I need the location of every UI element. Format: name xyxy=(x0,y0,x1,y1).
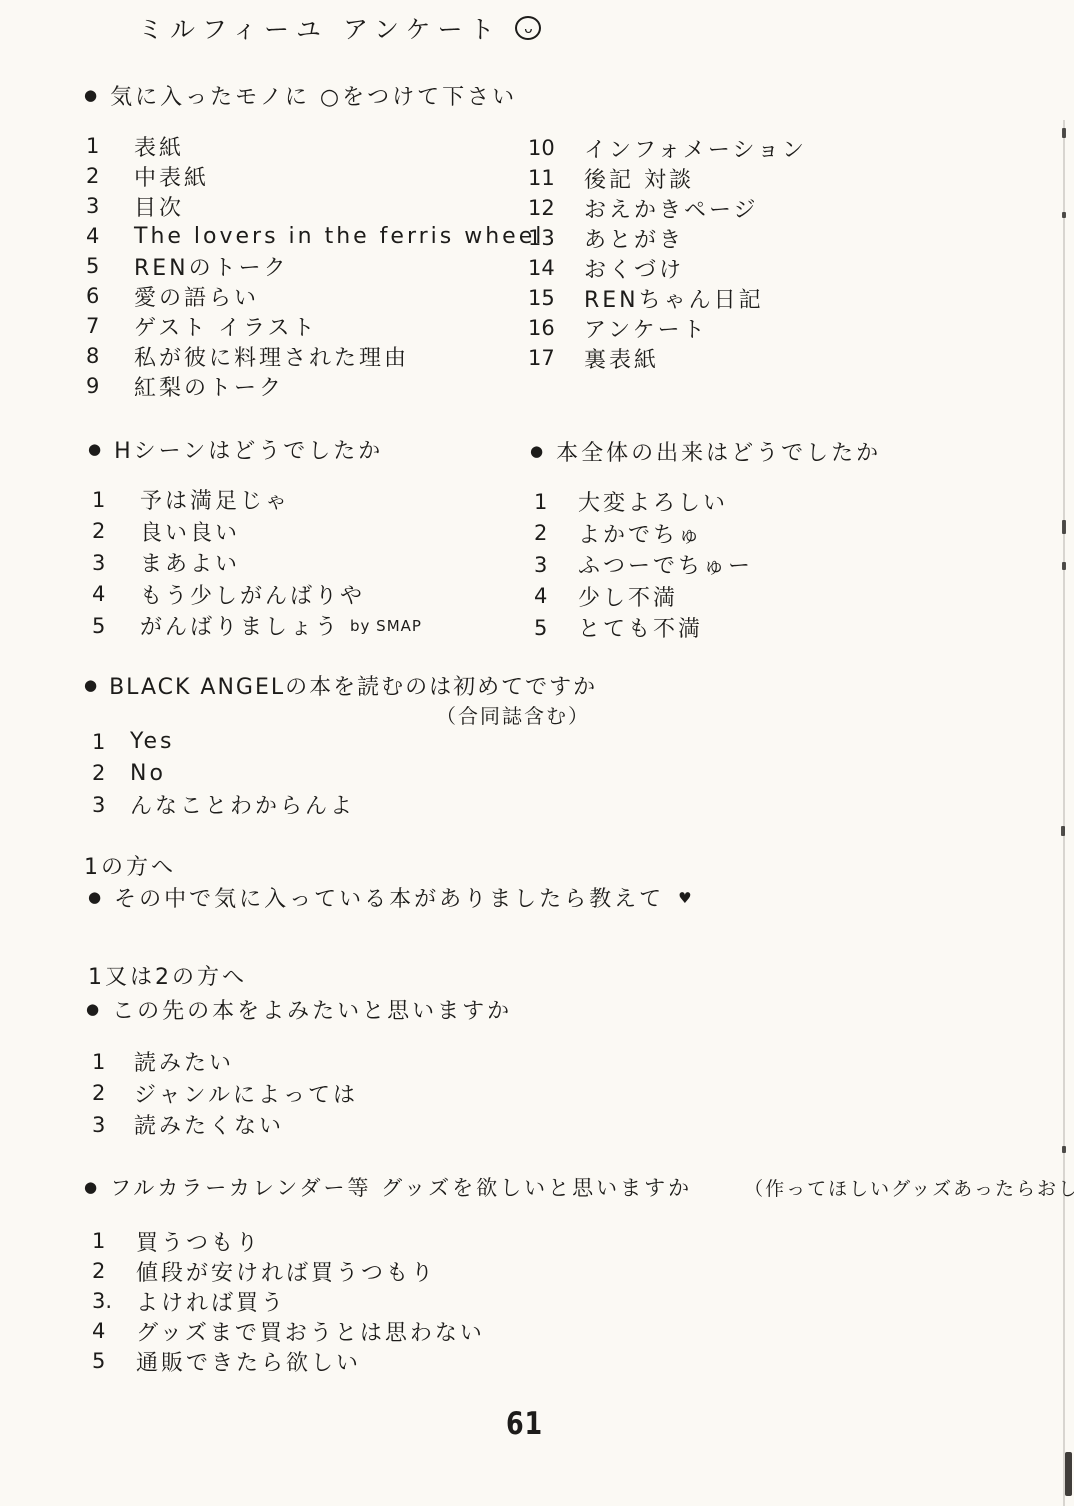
list-item: 4 少し不満 xyxy=(534,581,753,613)
list-item: 4 グッズまで買おうとは思わない xyxy=(92,1316,485,1346)
item-number: 13 xyxy=(528,226,584,250)
item-label: 通販できたら欲しい xyxy=(136,1346,361,1377)
item-suffix: by SMAP xyxy=(350,617,422,635)
scanned-questionnaire-page: ミルフィーユ アンケート ᴗ ● 気に入ったモノに ○をつけて下さい 1 表紙 … xyxy=(0,0,1074,1506)
list-item: 8 私が彼に料理された理由 xyxy=(86,341,544,371)
overall-list: 1 大変よろしい 2 よかでちゅ 3 ふつーでちゅー 4 少し不満 5 とても不… xyxy=(534,486,753,644)
item-number: 5 xyxy=(86,254,134,278)
list-item: 2 値段が安ければ買うつもり xyxy=(92,1256,485,1286)
scan-artifact xyxy=(1062,520,1066,534)
list-item: 10 インフォメーション xyxy=(528,133,807,163)
list-item: 4 The lovers in the ferris wheel xyxy=(86,221,544,251)
item-number: 2 xyxy=(92,519,140,543)
h-scene-heading: ● Hシーンはどうでしたか xyxy=(88,434,383,465)
first-time-heading: ● BLACK ANGELの本を読むのは初めてですか xyxy=(84,670,597,701)
item-label: 愛の語らい xyxy=(134,281,259,312)
scan-artifact xyxy=(1062,128,1066,138)
scan-artifact xyxy=(1062,562,1066,570)
item-label: ゲスト イラスト xyxy=(134,311,317,342)
bullet-icon: ● xyxy=(84,678,99,693)
item-label: 読みたい xyxy=(134,1046,234,1077)
list-item: 4 もう少しがんばりや xyxy=(92,579,422,611)
scan-artifact xyxy=(1062,1146,1066,1153)
item-label: がんばりましょう xyxy=(140,610,340,641)
list-item: 1 買うつもり xyxy=(92,1226,485,1256)
first-time-note: （合同誌含む） xyxy=(436,700,590,729)
item-label: おえかきページ xyxy=(584,193,759,224)
item-label: The lovers in the ferris wheel xyxy=(134,224,544,249)
scan-artifact xyxy=(1062,212,1066,218)
item-number: 4 xyxy=(92,1319,136,1343)
item-number: 9 xyxy=(86,374,134,398)
item-number: 16 xyxy=(528,316,584,340)
item-label: No xyxy=(130,761,166,786)
h-scene-heading-text: Hシーンはどうでしたか xyxy=(114,434,383,465)
item-label: 値段が安ければ買うつもり xyxy=(136,1256,436,1287)
item-number: 8 xyxy=(86,344,134,368)
overall-heading: ● 本全体の出来はどうでしたか xyxy=(530,436,881,467)
fav-book-lead: 1の方へ xyxy=(84,850,176,881)
item-number: 12 xyxy=(528,196,584,220)
item-label: よければ買う xyxy=(136,1286,286,1317)
future-question: ● この先の本をよみたいと思いますか xyxy=(86,994,512,1025)
bullet-icon: ● xyxy=(530,444,546,459)
goods-question-text: フルカラーカレンダー等 グッズを欲しいと思いますか xyxy=(110,1172,692,1202)
future-list: 1 読みたい 2 ジャンルによっては 3 読みたくない xyxy=(92,1046,358,1141)
item-label: よかでちゅ xyxy=(578,518,703,549)
list-item: 3 読みたくない xyxy=(92,1109,358,1141)
fav-book-question-text: その中で気に入っている本がありましたら教えて xyxy=(114,882,664,913)
list-item: 2 ジャンルによっては xyxy=(92,1078,358,1110)
item-label: アンケート xyxy=(584,313,708,344)
heart-icon: ♥ xyxy=(678,889,694,907)
item-label: 私が彼に料理された理由 xyxy=(134,341,409,372)
item-number: 14 xyxy=(528,256,584,280)
future-question-text: この先の本をよみたいと思いますか xyxy=(112,994,512,1025)
scan-smudge xyxy=(1065,1452,1072,1496)
item-number: 1 xyxy=(534,490,578,514)
smiley-icon: ᴗ xyxy=(515,16,541,40)
item-number: 3 xyxy=(92,1113,134,1137)
item-number: 2 xyxy=(92,1259,136,1283)
item-number: 15 xyxy=(528,286,584,310)
list-item: 5 通販できたら欲しい xyxy=(92,1346,485,1376)
list-item: 3 まあよい xyxy=(92,547,422,579)
item-label: もう少しがんばりや xyxy=(140,579,365,610)
item-number: 2 xyxy=(92,761,130,785)
item-label: ふつーでちゅー xyxy=(578,549,753,580)
list-item: 12 おえかきページ xyxy=(528,193,807,223)
item-number: 1 xyxy=(92,730,130,754)
item-label: あとがき xyxy=(584,223,684,254)
list-item: 2 良い良い xyxy=(92,516,422,548)
item-number: 7 xyxy=(86,314,134,338)
favorites-heading: ● 気に入ったモノに ○をつけて下さい xyxy=(84,80,517,111)
item-label: 紅梨のトーク xyxy=(134,371,284,402)
item-label: 少し不満 xyxy=(578,581,678,612)
item-label: インフォメーション xyxy=(584,133,807,164)
list-item: 11 後記 対談 xyxy=(528,163,807,193)
list-item: 7 ゲスト イラスト xyxy=(86,311,544,341)
item-label: ジャンルによっては xyxy=(134,1078,358,1109)
item-number: 3. xyxy=(92,1289,136,1313)
list-item: 1 読みたい xyxy=(92,1046,358,1078)
item-label: 表紙 xyxy=(134,131,184,162)
item-label: 後記 対談 xyxy=(584,163,694,194)
item-label: 予は満足じゃ xyxy=(140,484,290,515)
bullet-icon: ● xyxy=(88,442,104,457)
first-time-list: 1 Yes 2 No 3 んなことわからんよ xyxy=(92,726,355,821)
list-item: 9 紅梨のトーク xyxy=(86,371,544,401)
bullet-icon: ● xyxy=(84,1180,100,1195)
item-number: 1 xyxy=(86,134,134,158)
list-item: 1 表紙 xyxy=(86,131,544,161)
item-number: 5 xyxy=(92,1349,136,1373)
list-item: 2 No xyxy=(92,758,355,790)
page-title: ミルフィーユ アンケート ᴗ xyxy=(138,10,541,46)
item-label: んなことわからんよ xyxy=(130,789,355,820)
item-number: 3 xyxy=(92,551,140,575)
list-item: 2 中表紙 xyxy=(86,161,544,191)
item-number: 11 xyxy=(528,166,584,190)
fav-book-question: ● その中で気に入っている本がありましたら教えて ♥ xyxy=(88,882,695,913)
list-item: 5 RENのトーク xyxy=(86,251,544,281)
list-item: 17 裏表紙 xyxy=(528,343,807,373)
item-label: グッズまで買おうとは思わない xyxy=(136,1316,485,1347)
item-label: RENのトーク xyxy=(134,251,289,282)
goods-question-note: （作ってほしいグッズあったらおしえて下さい） xyxy=(744,1174,1074,1201)
list-item: 3. よければ買う xyxy=(92,1286,485,1316)
bullet-icon: ● xyxy=(84,88,100,103)
list-item: 13 あとがき xyxy=(528,223,807,253)
first-time-heading-text: BLACK ANGELの本を読むのは初めてですか xyxy=(109,670,597,701)
item-number: 4 xyxy=(534,584,578,608)
item-number: 17 xyxy=(528,346,584,370)
list-item: 1 予は満足じゃ xyxy=(92,484,422,516)
bullet-icon: ● xyxy=(88,890,104,905)
item-number: 2 xyxy=(534,521,578,545)
item-label: まあよい xyxy=(140,547,240,578)
list-item: 1 大変よろしい xyxy=(534,486,753,518)
item-number: 5 xyxy=(534,616,578,640)
item-number: 6 xyxy=(86,284,134,308)
item-number: 1 xyxy=(92,1229,136,1253)
favorites-list-right: 10 インフォメーション 11 後記 対談 12 おえかきページ 13 あとがき… xyxy=(528,133,807,373)
list-item: 6 愛の語らい xyxy=(86,281,544,311)
item-number: 4 xyxy=(86,224,134,248)
list-item: 5 がんばりましょう by SMAP xyxy=(92,610,422,642)
future-lead: 1又は2の方へ xyxy=(88,960,247,991)
scan-edge-line xyxy=(1063,120,1065,1506)
item-number: 3 xyxy=(534,553,578,577)
bullet-icon: ● xyxy=(86,1002,102,1017)
item-label: 目次 xyxy=(134,191,184,222)
favorites-heading-text: 気に入ったモノに ○をつけて下さい xyxy=(110,80,517,111)
item-number: 3 xyxy=(86,194,134,218)
item-label: Yes xyxy=(130,729,175,754)
item-label: おくづけ xyxy=(584,253,684,284)
item-label: とても不満 xyxy=(578,612,703,643)
goods-question: ● フルカラーカレンダー等 グッズを欲しいと思いますか （作ってほしいグッズあっ… xyxy=(84,1172,1074,1202)
item-number: 4 xyxy=(92,582,140,606)
list-item: 15 RENちゃん日記 xyxy=(528,283,807,313)
item-number: 3 xyxy=(92,793,130,817)
item-label: 良い良い xyxy=(140,516,240,547)
item-number: 1 xyxy=(92,1050,134,1074)
item-label: 中表紙 xyxy=(134,161,209,192)
list-item: 3 ふつーでちゅー xyxy=(534,549,753,581)
list-item: 16 アンケート xyxy=(528,313,807,343)
goods-list: 1 買うつもり 2 値段が安ければ買うつもり 3. よければ買う 4 グッズまで… xyxy=(92,1226,485,1376)
page-title-text: ミルフィーユ アンケート xyxy=(138,10,501,46)
page-number: 61 xyxy=(506,1406,543,1442)
scan-artifact xyxy=(1061,826,1065,836)
item-number: 10 xyxy=(528,136,584,160)
item-number: 2 xyxy=(86,164,134,188)
item-label: 買うつもり xyxy=(136,1226,261,1257)
overall-heading-text: 本全体の出来はどうでしたか xyxy=(556,436,881,467)
item-number: 1 xyxy=(92,488,140,512)
h-scene-list: 1 予は満足じゃ 2 良い良い 3 まあよい 4 もう少しがんばりや 5 がんば… xyxy=(92,484,422,642)
item-number: 2 xyxy=(92,1081,134,1105)
item-label: 読みたくない xyxy=(134,1109,284,1140)
list-item: 2 よかでちゅ xyxy=(534,518,753,550)
list-item: 3 目次 xyxy=(86,191,544,221)
list-item: 3 んなことわからんよ xyxy=(92,789,355,821)
item-label: RENちゃん日記 xyxy=(584,283,764,314)
list-item: 14 おくづけ xyxy=(528,253,807,283)
favorites-list-left: 1 表紙 2 中表紙 3 目次 4 The lovers in the ferr… xyxy=(86,131,544,401)
item-number: 5 xyxy=(92,614,140,638)
item-label: 大変よろしい xyxy=(578,486,728,517)
list-item: 5 とても不満 xyxy=(534,612,753,644)
list-item: 1 Yes xyxy=(92,726,355,758)
item-label: 裏表紙 xyxy=(584,343,659,374)
